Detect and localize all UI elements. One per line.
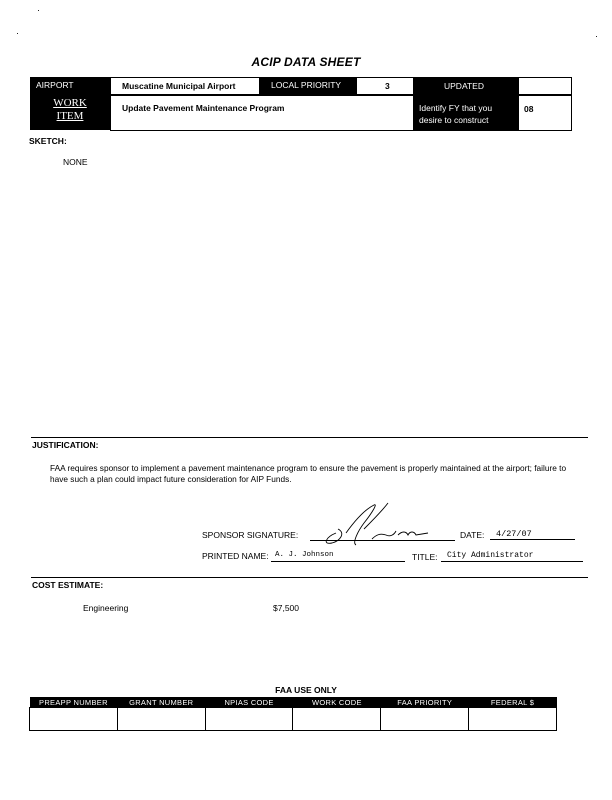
- faa-col-grant-number: GRANT NUMBER: [117, 697, 205, 708]
- sketch-value: NONE: [63, 157, 88, 167]
- faa-use-only-table: PREAPP NUMBER GRANT NUMBER NPIAS CODE WO…: [29, 697, 557, 731]
- divider: [31, 437, 588, 438]
- divider: [31, 577, 588, 578]
- faa-col-work-code: WORK CODE: [293, 697, 381, 708]
- date-value: 4/27/07: [490, 529, 575, 540]
- faa-use-only-label: FAA USE ONLY: [0, 685, 612, 695]
- date-label: DATE:: [460, 530, 484, 540]
- signature-mark-icon: [316, 499, 436, 547]
- fy-label: Identify FY that you desire to construct: [414, 95, 518, 131]
- sponsor-signature-label: SPONSOR SIGNATURE:: [202, 530, 298, 540]
- faa-col-faa-priority: FAA PRIORITY: [381, 697, 469, 708]
- faa-grant-number-field[interactable]: [117, 708, 205, 731]
- justification-label: JUSTIFICATION:: [32, 440, 98, 450]
- title-label: TITLE:: [412, 552, 438, 562]
- local-priority-value: 3: [356, 77, 414, 95]
- justification-text: FAA requires sponsor to implement a pave…: [50, 463, 575, 485]
- printed-name-label: PRINTED NAME:: [202, 551, 269, 561]
- cost-item-name: Engineering: [83, 603, 128, 613]
- faa-npias-code-field[interactable]: [205, 708, 293, 731]
- sketch-label: SKETCH:: [29, 136, 67, 146]
- faa-federal-amount-field[interactable]: [469, 708, 557, 731]
- faa-priority-field[interactable]: [381, 708, 469, 731]
- scan-speck: [38, 10, 39, 11]
- fy-value: 08: [518, 95, 572, 131]
- faa-preapp-number-field[interactable]: [30, 708, 118, 731]
- page-title: ACIP DATA SHEET: [0, 55, 612, 69]
- cost-item-amount: $7,500: [273, 603, 299, 613]
- updated-label: UPDATED: [414, 77, 518, 95]
- title-value: City Administrator: [441, 551, 583, 562]
- work-item-value: Update Pavement Maintenance Program: [110, 95, 414, 131]
- printed-name-value: A. J. Johnson: [271, 551, 405, 562]
- work-item-label: WORK ITEM: [30, 95, 110, 130]
- faa-col-npias-code: NPIAS CODE: [205, 697, 293, 708]
- work-item-label-line2: ITEM: [30, 110, 110, 123]
- faa-work-code-field[interactable]: [293, 708, 381, 731]
- airport-value: Muscatine Municipal Airport: [110, 77, 260, 95]
- scan-speck: [596, 36, 597, 37]
- work-item-label-line1: WORK: [30, 97, 110, 110]
- scan-speck: [17, 33, 18, 34]
- faa-col-preapp-number: PREAPP NUMBER: [30, 697, 118, 708]
- local-priority-label: LOCAL PRIORITY: [260, 77, 356, 95]
- table-row: [30, 708, 557, 731]
- sponsor-signature-field[interactable]: [310, 529, 455, 541]
- airport-label: AIRPORT: [30, 77, 110, 95]
- updated-value: [518, 77, 572, 95]
- cost-estimate-label: COST ESTIMATE:: [32, 580, 103, 590]
- faa-col-federal-amount: FEDERAL $: [469, 697, 557, 708]
- faa-table-header-row: PREAPP NUMBER GRANT NUMBER NPIAS CODE WO…: [30, 697, 557, 708]
